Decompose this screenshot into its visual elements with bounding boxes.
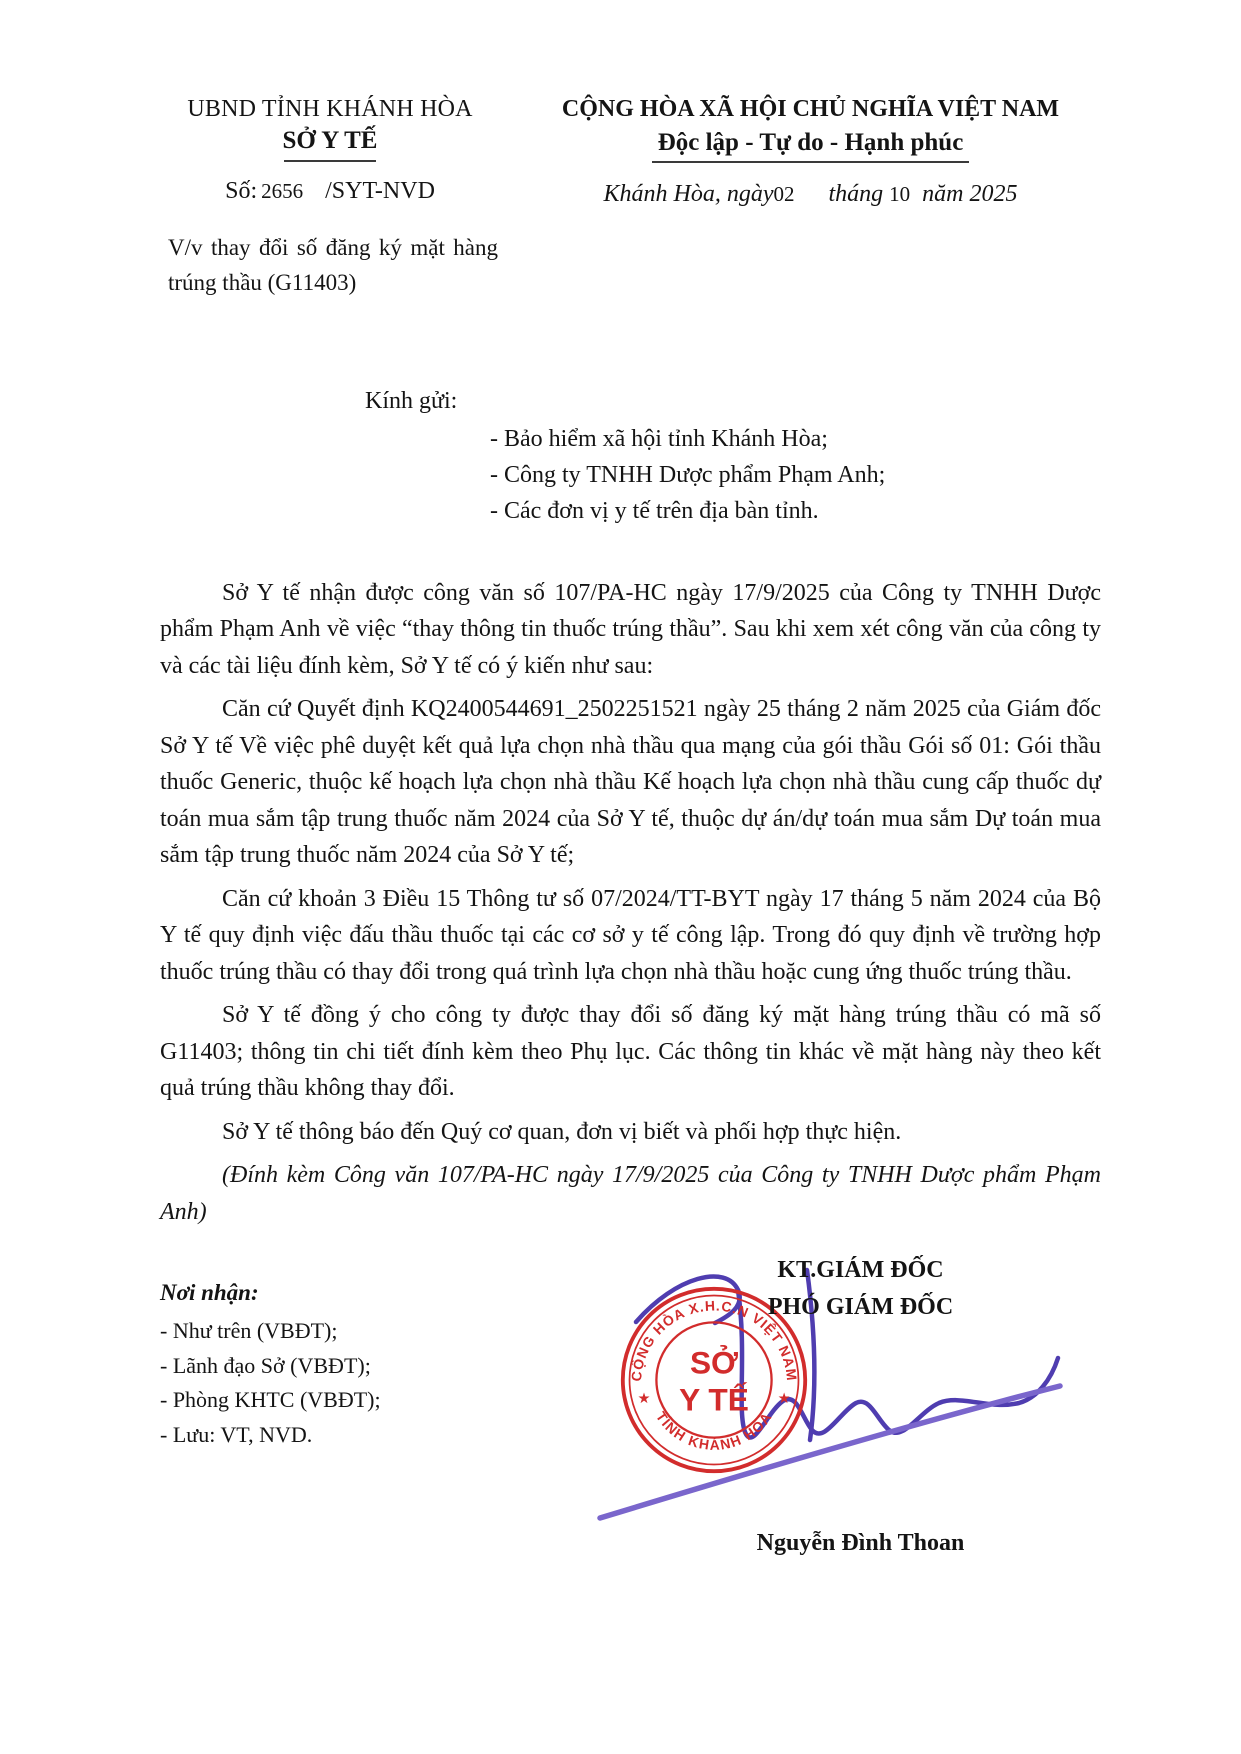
recipient-item: - Bảo hiểm xã hội tỉnh Khánh Hòa;	[490, 421, 1101, 457]
noi-nhan-block: Nơi nhận: - Như trên (VBĐT); - Lãnh đạo …	[160, 1252, 560, 1632]
date-month-value: 10	[889, 182, 910, 206]
national-header-block: CỘNG HÒA XÃ HỘI CHỦ NGHĨA VIỆT NAM Độc l…	[500, 96, 1101, 208]
document-number-line: Số:2656/SYT-NVD	[160, 178, 500, 205]
stamp-star-right: ★	[778, 1391, 791, 1407]
parent-agency-name: UBND TỈNH KHÁNH HÒA	[160, 96, 500, 123]
date-year-value: 2025	[970, 181, 1018, 207]
noi-nhan-item: - Phòng KHTC (VBĐT);	[160, 1383, 560, 1418]
noi-nhan-label: Nơi nhận:	[160, 1280, 560, 1306]
svg-text:SỞ: SỞ	[690, 1344, 738, 1380]
svg-text:Y TẾ: Y TẾ	[679, 1382, 749, 1418]
noi-nhan-item: - Lưu: VT, NVD.	[160, 1418, 560, 1453]
signer-titles: KT.GIÁM ĐỐC PHÓ GIÁM ĐỐC	[620, 1252, 1101, 1326]
agency-name: SỞ Y TẾ	[160, 127, 500, 155]
stamp-star-left: ★	[637, 1391, 650, 1407]
place-date-line: Khánh Hòa, ngày02tháng 10năm 2025	[520, 181, 1101, 208]
body-paragraph: Sở Y tế nhận được công văn số 107/PA-HC …	[160, 575, 1101, 684]
document-number-label: Số:	[225, 178, 257, 204]
issuing-agency-block: UBND TỈNH KHÁNH HÒA SỞ Y TẾ Số:2656/SYT-…	[160, 96, 500, 300]
document-number-value: 2656	[257, 179, 309, 203]
noi-nhan-item: - Như trên (VBĐT);	[160, 1314, 560, 1349]
salutation-label: Kính gửi:	[160, 388, 1101, 415]
date-month-label: tháng	[794, 181, 883, 207]
document-page: UBND TỈNH KHÁNH HÒA SỞ Y TẾ Số:2656/SYT-…	[0, 0, 1241, 1754]
attachment-note: (Đính kèm Công văn 107/PA-HC ngày 17/9/2…	[160, 1157, 1101, 1230]
national-motto: Độc lập - Tự do - Hạnh phúc	[652, 127, 970, 163]
noi-nhan-item: - Lãnh đạo Sở (VBĐT);	[160, 1349, 560, 1384]
letter-header: UBND TỈNH KHÁNH HÒA SỞ Y TẾ Số:2656/SYT-…	[160, 96, 1101, 300]
date-year-label: năm	[910, 181, 963, 207]
body-paragraph: Căn cứ khoản 3 Điều 15 Thông tư số 07/20…	[160, 881, 1101, 990]
subject-line: V/v thay đổi số đăng ký mặt hàng trúng t…	[168, 231, 498, 300]
place-date-prefix: Khánh Hòa, ngày	[603, 181, 773, 207]
signer-name: Nguyễn Đình Thoan	[620, 1530, 1101, 1557]
signature-block: KT.GIÁM ĐỐC PHÓ GIÁM ĐỐC CỘNG HÒA X.H.C.…	[560, 1252, 1101, 1632]
date-day-value: 02	[773, 182, 794, 206]
recipient-list: - Bảo hiểm xã hội tỉnh Khánh Hòa; - Công…	[160, 421, 1101, 529]
document-number-suffix: /SYT-NVD	[309, 178, 435, 204]
signer-title-pho-giam-doc: PHÓ GIÁM ĐỐC	[620, 1289, 1101, 1326]
recipient-item: - Công ty TNHH Dược phẩm Phạm Anh;	[490, 457, 1101, 493]
national-title: CỘNG HÒA XÃ HỘI CHỦ NGHĨA VIỆT NAM	[520, 96, 1101, 123]
body-paragraph: Căn cứ Quyết định KQ2400544691_250225152…	[160, 691, 1101, 873]
letter-body: Sở Y tế nhận được công văn số 107/PA-HC …	[160, 575, 1101, 1230]
recipient-item: - Các đơn vị y tế trên địa bàn tỉnh.	[490, 493, 1101, 529]
body-paragraph: Sở Y tế đồng ý cho công ty được thay đổi…	[160, 997, 1101, 1106]
noi-nhan-list: - Như trên (VBĐT); - Lãnh đạo Sở (VBĐT);…	[160, 1314, 560, 1453]
agency-name-rule	[284, 160, 376, 162]
letter-footer: Nơi nhận: - Như trên (VBĐT); - Lãnh đạo …	[160, 1252, 1101, 1632]
signer-title-kt-giam-doc: KT.GIÁM ĐỐC	[620, 1252, 1101, 1289]
body-paragraph: Sở Y tế thông báo đến Quý cơ quan, đơn v…	[160, 1114, 1101, 1150]
